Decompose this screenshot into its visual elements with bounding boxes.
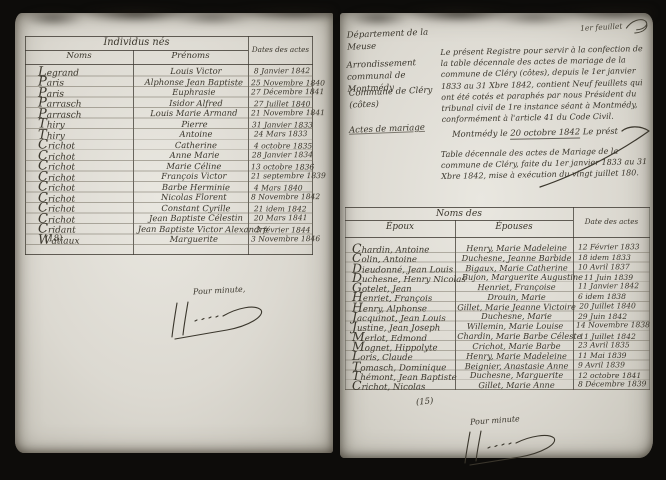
- scanned-register-photo: Individus nés Noms Prénoms Dates des act…: [0, 0, 666, 480]
- date-cell: 24 Mars 1833: [251, 129, 313, 138]
- epoux-cell: Mognet, Hippolyte: [345, 339, 459, 355]
- right-table-group-header: Noms des: [345, 208, 573, 219]
- table-row: Mognet, Hippolyte Crichot, Marie Barbe 2…: [345, 340, 650, 351]
- prenom-cell: Pierre: [140, 119, 249, 129]
- prenom-cell: Nicolas Florent: [140, 192, 248, 203]
- date-cell: 11 Mai 1839: [574, 351, 650, 360]
- margin-note-departement: Département de la Meuse: [347, 26, 440, 54]
- date-cell: 11 Juillet 1842: [575, 332, 650, 341]
- margin-note-commune: Commune de Cléry (côtes): [349, 84, 438, 111]
- column-header-epoux: Époux: [345, 222, 455, 232]
- dateline-signer: Le prést: [583, 126, 618, 137]
- date-cell: 10 Avril 1837: [574, 262, 650, 271]
- minute-note: Pour minute: [470, 414, 520, 426]
- prenom-cell: Anne Marie: [140, 150, 249, 161]
- date-cell: 14 Novembre 1838: [572, 321, 650, 330]
- table-row: Chardin, Antoine Henry, Marie Madeleine …: [345, 242, 650, 253]
- entry-count-note: (18): [45, 233, 63, 244]
- date-cell: 28 Janvier 1834: [249, 150, 313, 159]
- epouse-cell: Henry, Marie Madeleine: [459, 351, 574, 361]
- prenom-cell: Euphrasie: [140, 87, 248, 98]
- epouse-cell: Henry, Marie Madeleine: [459, 243, 574, 254]
- date-cell: 8 Décembre 1839: [574, 380, 650, 389]
- left-signature-block: Pour minute,: [165, 278, 295, 343]
- date-cell: 6 idem 1838: [574, 292, 650, 301]
- epoux-cell: Tomasch, Dominique: [345, 358, 459, 374]
- scan-smudge-top-left-page: [15, 9, 333, 39]
- signature-paraph-icon: [458, 427, 562, 469]
- date-cell: 9 Avril 1839: [574, 360, 650, 369]
- epoux-cell: Chardin, Antoine: [345, 241, 459, 257]
- nom-cell: Watiaux: [25, 232, 140, 248]
- epouse-cell: Gillet, Marie Jeanne Victoire: [457, 301, 575, 312]
- prenom-cell: Antoine: [141, 129, 251, 140]
- prenom-cell: Marguerite: [140, 234, 248, 245]
- signature-paraph-icon: [165, 297, 269, 343]
- table-row: Watiaux Marguerite 3 Novembre 1846: [25, 233, 313, 245]
- epouse-cell: Gillet, Marie Anne: [459, 380, 574, 391]
- prenom-cell: Jean Baptiste Célestin: [141, 213, 251, 224]
- prenom-cell: Marie Céline: [140, 161, 248, 171]
- epoux-cell: Dieudonné, Jean Louis: [345, 260, 459, 276]
- right-table-body: Chardin, Antoine Henry, Marie Madeleine …: [345, 243, 650, 390]
- left-births-table: Individus nés Noms Prénoms Dates des act…: [25, 36, 313, 255]
- table-decennale-note: Table décennale des actes de Mariage de …: [441, 145, 654, 183]
- column-header-prenoms: Prénoms: [133, 51, 248, 61]
- register-right-page: 1er feuillet Département de la Meuse Arr…: [340, 13, 653, 458]
- left-table-body: Legrand Louis Victor 8 Janvier 1842 Pari…: [25, 66, 313, 246]
- epouse-cell: Henriet, Françoise: [459, 282, 574, 293]
- right-marriages-table: Noms des Époux Épouses Date des actes Ch…: [345, 207, 650, 390]
- epoux-cell: Gotelet, Jean: [345, 280, 459, 296]
- table-row: Dieudonné, Jean Louis Bigaux, Marie Cath…: [345, 262, 650, 273]
- table-rule: [25, 254, 313, 255]
- folio-mark: 1er feuillet: [580, 15, 651, 37]
- column-header-noms: Noms: [25, 51, 133, 61]
- table-row: Tomasch, Dominique Beignier, Anastasie A…: [345, 360, 650, 371]
- epouse-cell: Willemin, Marie Louise: [458, 321, 572, 332]
- epoux-cell: Henry, Alphonse: [345, 299, 457, 315]
- epouse-cell: Beignier, Anastasie Anne: [459, 360, 574, 371]
- date-cell: 11 Janvier 1842: [574, 282, 650, 291]
- epouse-cell: Chardin, Marie Barbe Céleste: [457, 331, 575, 341]
- certification-paragraph: Le présent Registre pour servir à la con…: [440, 43, 651, 125]
- prenom-cell: Louis Marie Armand: [140, 108, 248, 119]
- column-header-dates: Dates des actes: [248, 45, 313, 54]
- date-cell: 21 septembre 1839: [248, 171, 313, 180]
- dateline: Montmédy le 20 octobre 1842 Le prést: [452, 125, 652, 140]
- table-rule: [345, 220, 573, 221]
- epoux-cell: Justine, Jean Joseph: [345, 319, 458, 335]
- column-header-epouses: Épouses: [455, 222, 573, 232]
- folio-mark-label: 1er feuillet: [580, 21, 623, 32]
- date-cell: 3 Novembre 1846: [248, 234, 313, 243]
- epouse-cell: Drouin, Marie: [459, 292, 574, 302]
- folio-paraph-icon: [624, 15, 651, 34]
- dateline-date: 20 octobre 1842: [510, 126, 580, 139]
- date-cell: 12 Février 1833: [574, 243, 650, 252]
- table-rule: [345, 237, 650, 238]
- prenom-cell: Alphonse Jean Baptiste: [140, 77, 248, 87]
- right-signature-block: Pour minute: [458, 408, 588, 469]
- date-cell: 8 Janvier 1842: [251, 66, 313, 75]
- dateline-place: Montmédy le: [452, 128, 508, 139]
- prenom-cell: Louis Victor: [141, 66, 251, 77]
- column-header-date-des-actes: Date des actes: [573, 217, 650, 226]
- date-cell: 21 Novembre 1841: [248, 108, 313, 117]
- epouse-cell: Bigaux, Marie Catherine: [459, 262, 574, 273]
- left-table-group-header: Individus nés: [25, 37, 248, 48]
- date-cell: 20 Juillet 1840: [575, 301, 650, 310]
- date-cell: 23 Avril 1835: [574, 341, 650, 350]
- date-cell: 20 Mars 1841: [251, 213, 313, 222]
- epoux-cell: Crichot, Nicolas: [345, 378, 459, 394]
- date-cell: 18 idem 1833: [574, 253, 650, 262]
- entry-count-note: (15): [416, 396, 434, 407]
- margin-note-actes-de-mariage: Actes de mariage: [349, 121, 441, 137]
- date-cell: 8 Novembre 1842: [248, 192, 313, 201]
- table-row: Crichot, Nicolas Gillet, Marie Anne 8 Dé…: [345, 379, 650, 390]
- table-row: Gotelet, Jean Henriet, Françoise 11 Janv…: [345, 281, 650, 292]
- epouse-cell: Duchesne, Jeanne Barbide: [459, 253, 574, 263]
- date-cell: 27 Décembre 1841: [248, 87, 313, 96]
- table-row: Henry, Alphonse Gillet, Marie Jeanne Vic…: [345, 301, 650, 312]
- prenom-cell: Catherine: [141, 140, 251, 150]
- prenom-cell: Isidor Alfred: [141, 98, 251, 108]
- epouse-cell: Crichot, Marie Barbe: [459, 340, 574, 351]
- prenom-cell: François Victor: [140, 171, 248, 182]
- register-left-page: Individus nés Noms Prénoms Dates des act…: [15, 13, 333, 453]
- minute-note: Pour minute,: [193, 285, 246, 297]
